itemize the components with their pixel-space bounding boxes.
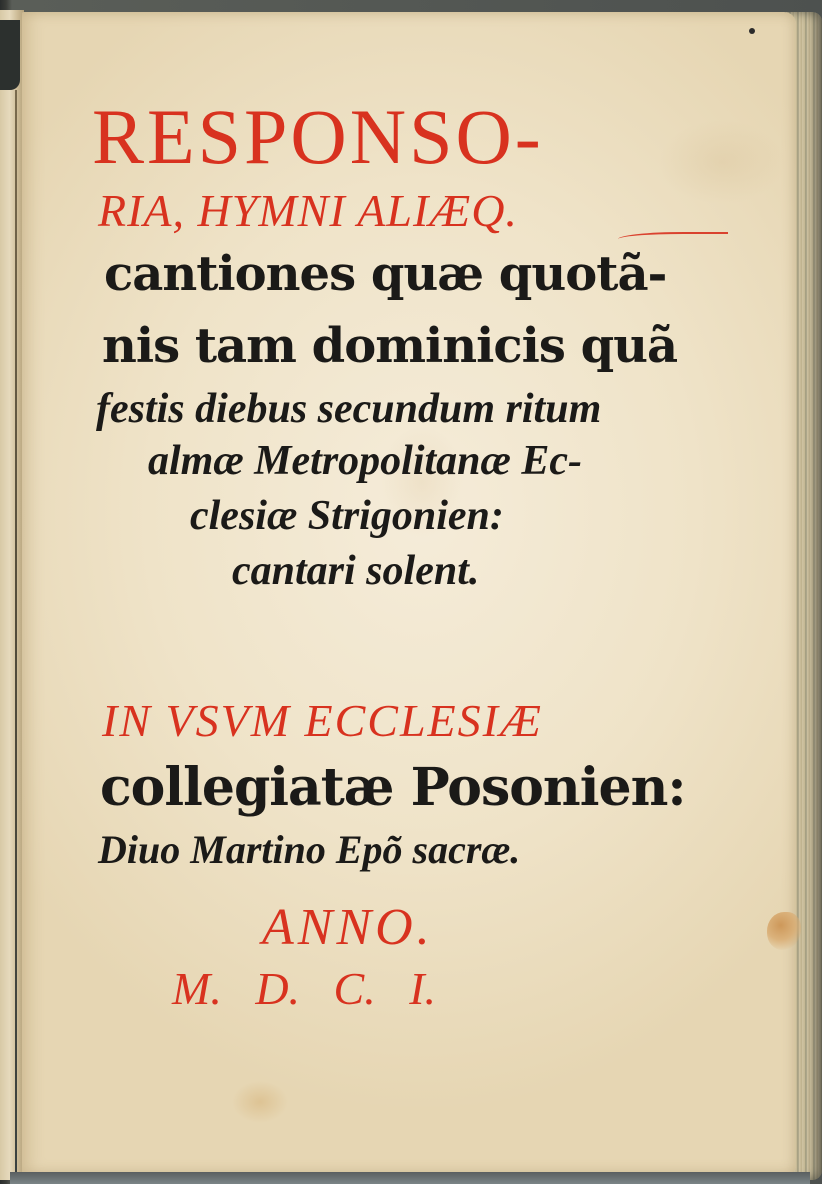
dedication-line-in-usum: IN VSVM ECCLESIÆ [102, 698, 543, 744]
title-line-metropolitanae: almæ Metropolitanæ Ec- [148, 440, 582, 482]
dedication-line-posonien: collegiatæ Posonien: [100, 762, 686, 814]
title-text-block: RESPONSO- RIA, HYMNI ALIÆQ. cantiones qu… [0, 0, 822, 1184]
title-line-strigonien: clesiæ Strigonien: [190, 495, 504, 537]
dedication-line-martino: Diuo Martino Epõ sacræ. [98, 830, 520, 870]
title-line-cantari: cantari solent. [232, 550, 479, 592]
title-line-festis: festis diebus secundum ritum [96, 388, 601, 430]
date-label-anno: ANNO. [262, 902, 434, 954]
title-line-hymni: RIA, HYMNI ALIÆQ. [98, 188, 518, 234]
title-line-responso: RESPONSO- [92, 98, 544, 176]
title-line-cantiones: cantiones quæ quotã- [104, 250, 666, 298]
date-roman-numerals: M. D. C. I. [172, 966, 436, 1012]
title-line-dominicis: nis tam dominicis quã [102, 322, 677, 370]
red-swash-flourish [618, 232, 728, 244]
